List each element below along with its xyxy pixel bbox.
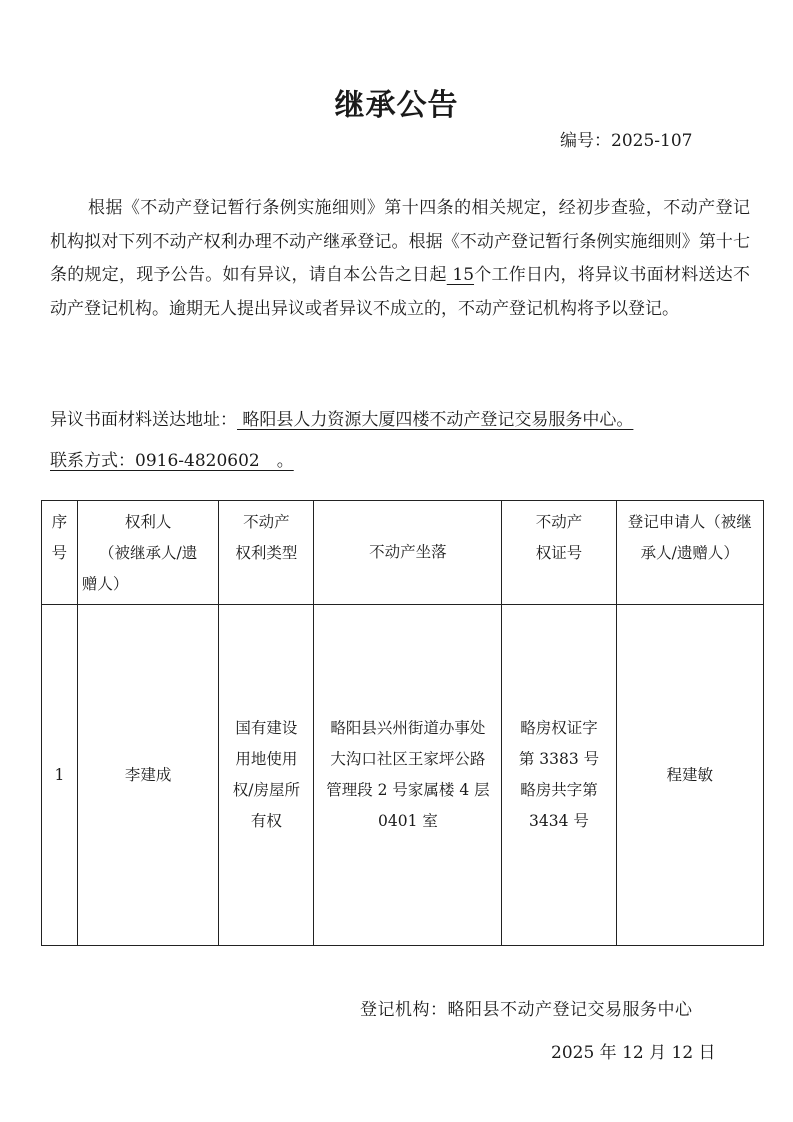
cell-line: 第 3383 号 <box>506 744 611 775</box>
document-number-value: 2025-107 <box>611 131 692 151</box>
cell-applicant: 程建敏 <box>616 605 764 946</box>
objection-days: 15 <box>447 265 474 285</box>
document-number-label: 编号： <box>560 131 611 151</box>
objection-address-label: 异议书面材料送达地址： <box>50 410 237 430</box>
cell-line: 略房共字第 <box>506 775 611 806</box>
notice-date: 2025 年 12 月 12 日 <box>551 1038 716 1063</box>
header-line: 不动产 <box>506 507 611 538</box>
registration-authority: 登记机构：略阳县不动产登记交易服务中心 <box>360 995 693 1020</box>
header-line: 权证号 <box>506 538 611 569</box>
cell-line: 大沟口社区王家坪公路 <box>318 744 497 775</box>
cell-right-holder: 李建成 <box>77 605 219 946</box>
header-line: 不动产坐落 <box>318 537 497 568</box>
header-certificate: 不动产 权证号 <box>502 501 616 605</box>
header-line: 权利类型 <box>223 538 309 569</box>
header-location: 不动产坐落 <box>314 501 502 605</box>
header-applicant: 登记申请人（被继 承人/遗赠人） <box>616 501 764 605</box>
inheritance-table: 序 号 权利人 （被继承人/遗 赠人） 不动产 权利类型 不动产坐落 不动产 权… <box>41 500 764 946</box>
cell-line: 管理段 2 号家属楼 4 层 <box>318 775 497 806</box>
cell-line: 略房权证字 <box>506 713 611 744</box>
contact-info: 联系方式：0916-4820602 。 <box>50 446 294 471</box>
cell-right-type: 国有建设 用地使用 权/房屋所 有权 <box>219 605 314 946</box>
cell-certificate: 略房权证字 第 3383 号 略房共字第 3434 号 <box>502 605 616 946</box>
cell-line: 国有建设 <box>223 713 309 744</box>
cell-line: 3434 号 <box>506 806 611 837</box>
notice-title: 继承公告 <box>0 80 793 124</box>
header-line: 登记申请人（被继 <box>621 507 760 538</box>
cell-line: 用地使用 <box>223 744 309 775</box>
header-line: 赠人） <box>82 569 215 600</box>
header-index: 序 号 <box>42 501 78 605</box>
header-right-type: 不动产 权利类型 <box>219 501 314 605</box>
document-number: 编号：2025-107 <box>560 126 692 151</box>
objection-address: 异议书面材料送达地址： 略阳县人力资源大厦四楼不动产登记交易服务中心。 <box>50 405 633 430</box>
cell-line: 略阳县兴州街道办事处 <box>318 713 497 744</box>
cell-line: 0401 室 <box>318 806 497 837</box>
header-line: 承人/遗赠人） <box>621 538 760 569</box>
header-line: 权利人 <box>82 507 215 538</box>
cell-location: 略阳县兴州街道办事处 大沟口社区王家坪公路 管理段 2 号家属楼 4 层 040… <box>314 605 502 946</box>
cell-line: 有权 <box>223 806 309 837</box>
objection-address-value: 略阳县人力资源大厦四楼不动产登记交易服务中心。 <box>237 410 633 430</box>
header-right-holder: 权利人 （被继承人/遗 赠人） <box>77 501 219 605</box>
table-header-row: 序 号 权利人 （被继承人/遗 赠人） 不动产 权利类型 不动产坐落 不动产 权… <box>42 501 764 605</box>
header-line: 号 <box>46 538 73 569</box>
header-line: 序 <box>46 507 73 538</box>
table-row: 1 李建成 国有建设 用地使用 权/房屋所 有权 略阳县兴州街道办事处 大沟口社… <box>42 605 764 946</box>
notice-body: 根据《不动产登记暂行条例实施细则》第十四条的相关规定，经初步查验，不动产登记机构… <box>50 192 750 326</box>
header-line: 不动产 <box>223 507 309 538</box>
cell-line: 权/房屋所 <box>223 775 309 806</box>
header-line: （被继承人/遗 <box>82 538 215 569</box>
cell-index: 1 <box>42 605 78 946</box>
